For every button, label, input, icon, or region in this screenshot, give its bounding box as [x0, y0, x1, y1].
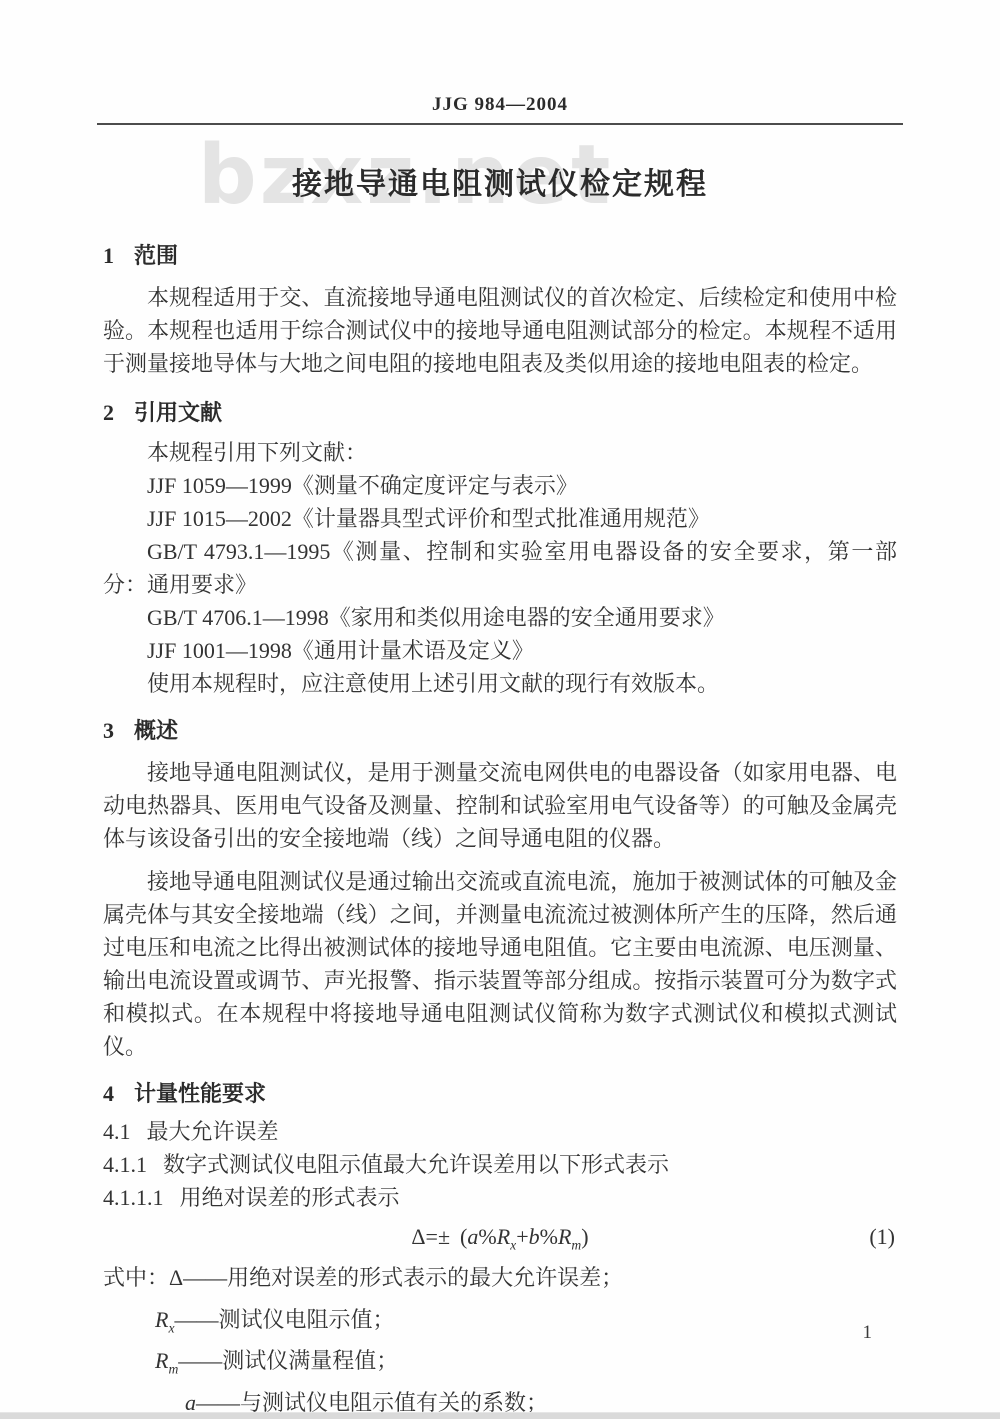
section-1-number: 1 [103, 243, 114, 268]
reference-item: JJF 1001—1998《通用计量术语及定义》 [103, 634, 897, 667]
formula-var-r1: R [497, 1224, 510, 1249]
formula-percent-1: % [478, 1224, 496, 1249]
page-number: 1 [863, 1322, 873, 1344]
where-var-rx: R [155, 1307, 168, 1332]
where-var-rm: R [155, 1348, 168, 1373]
section-4-heading: 4计量性能要求 [103, 1079, 897, 1109]
where-var-a: a [185, 1390, 196, 1415]
references-note: 使用本规程时，应注意使用上述引用文献的现行有效版本。 [103, 667, 897, 700]
formula-1-row: Δ=±(a%Rx+b%Rm) (1) [103, 1220, 897, 1261]
where-var-delta: Δ [169, 1265, 183, 1290]
scan-edge-shadow [0, 1412, 1000, 1419]
document-page: bzxz.net JJG 984—2004 接地导通电阻测试仪检定规程 1范围 … [0, 0, 1000, 1419]
formula-1: Δ=±(a%Rx+b%Rm) [411, 1224, 588, 1249]
subsection-4-1-number: 4.1 [103, 1119, 131, 1144]
subsection-4-1-1-1-number: 4.1.1.1 [103, 1185, 164, 1210]
doc-code: JJG 984—2004 [0, 0, 1000, 116]
formula-lhs: Δ=± [411, 1224, 450, 1249]
section-3-title: 概述 [134, 718, 178, 743]
formula-equation-number: (1) [869, 1220, 895, 1253]
document-body: 1范围 本规程适用于交、直流接地导通电阻测试仪的首次检定、后续检定和使用中检验。… [103, 241, 897, 1419]
formula-percent-2: % [540, 1224, 558, 1249]
subsection-4-1-text: 最大允许误差 [147, 1119, 279, 1144]
formula-var-r2: R [558, 1224, 571, 1249]
section-2-number: 2 [103, 400, 114, 425]
subsection-4-1-1: 4.1.1数字式测试仪电阻示值最大允许误差用以下形式表示 [103, 1148, 897, 1181]
formula-var-b: b [529, 1224, 540, 1249]
subsection-4-1: 4.1最大允许误差 [103, 1115, 897, 1148]
reference-item: JJF 1059—1999《测量不确定度评定与表示》 [103, 469, 897, 502]
subsection-4-1-1-text: 数字式测试仪电阻示值最大允许误差用以下形式表示 [163, 1152, 669, 1177]
where-desc: 用绝对误差的形式表示的最大允许误差； [227, 1265, 623, 1290]
where-line-rx: Rx——测试仪电阻示值； [103, 1303, 897, 1344]
section-4-title: 计量性能要求 [134, 1081, 266, 1106]
subsection-4-1-1-1-text: 用绝对误差的形式表示 [180, 1185, 400, 1210]
references-intro: 本规程引用下列文献： [103, 436, 897, 469]
overview-paragraph-2: 接地导通电阻测试仪是通过输出交流或直流电流，施加于被测试体的可触及金属壳体与其安… [103, 865, 897, 1063]
reference-item: JJF 1015—2002《计量器具型式评价和型式批准通用规范》 [103, 502, 897, 535]
subsection-4-1-1-1: 4.1.1.1用绝对误差的形式表示 [103, 1181, 897, 1214]
reference-item: GB/T 4793.1—1995《测量、控制和实验室用电器设备的安全要求，第一部… [103, 535, 897, 601]
section-1-title: 范围 [134, 243, 178, 268]
section-2-heading: 2引用文献 [103, 398, 897, 428]
header-rule [97, 123, 903, 125]
section-3-number: 3 [103, 718, 114, 743]
where-dash: —— [178, 1348, 222, 1373]
where-desc: 与测试仪电阻示值有关的系数； [240, 1390, 548, 1415]
overview-paragraph-1: 接地导通电阻测试仪，是用于测量交流电网供电的电器设备（如家用电器、电动电热器具、… [103, 756, 897, 855]
where-dash: —— [183, 1265, 227, 1290]
scope-paragraph: 本规程适用于交、直流接地导通电阻测试仪的首次检定、后续检定和使用中检验。本规程也… [103, 281, 897, 380]
where-dash: —— [196, 1390, 240, 1415]
formula-close-paren: ) [581, 1224, 588, 1249]
where-desc: 测试仪满量程值； [222, 1348, 398, 1373]
subsection-4-1-1-number: 4.1.1 [103, 1152, 147, 1177]
formula-var-a: a [467, 1224, 478, 1249]
reference-item: GB/T 4706.1—1998《家用和类似用途电器的安全通用要求》 [103, 601, 897, 634]
where-line-delta: 式中：Δ——用绝对误差的形式表示的最大允许误差； [103, 1261, 897, 1302]
formula-sub-m: m [571, 1237, 581, 1252]
section-2-title: 引用文献 [134, 400, 222, 425]
section-1-heading: 1范围 [103, 241, 897, 271]
where-prefix: 式中： [103, 1265, 169, 1290]
where-sub-m: m [168, 1362, 178, 1377]
where-dash: —— [175, 1307, 219, 1332]
document-title: 接地导通电阻测试仪检定规程 [0, 165, 1000, 205]
formula-plus: + [516, 1224, 528, 1249]
section-4-number: 4 [103, 1081, 114, 1106]
where-desc: 测试仪电阻示值； [219, 1307, 395, 1332]
section-3-heading: 3概述 [103, 716, 897, 746]
where-line-rm: Rm——测试仪满量程值； [103, 1344, 897, 1385]
